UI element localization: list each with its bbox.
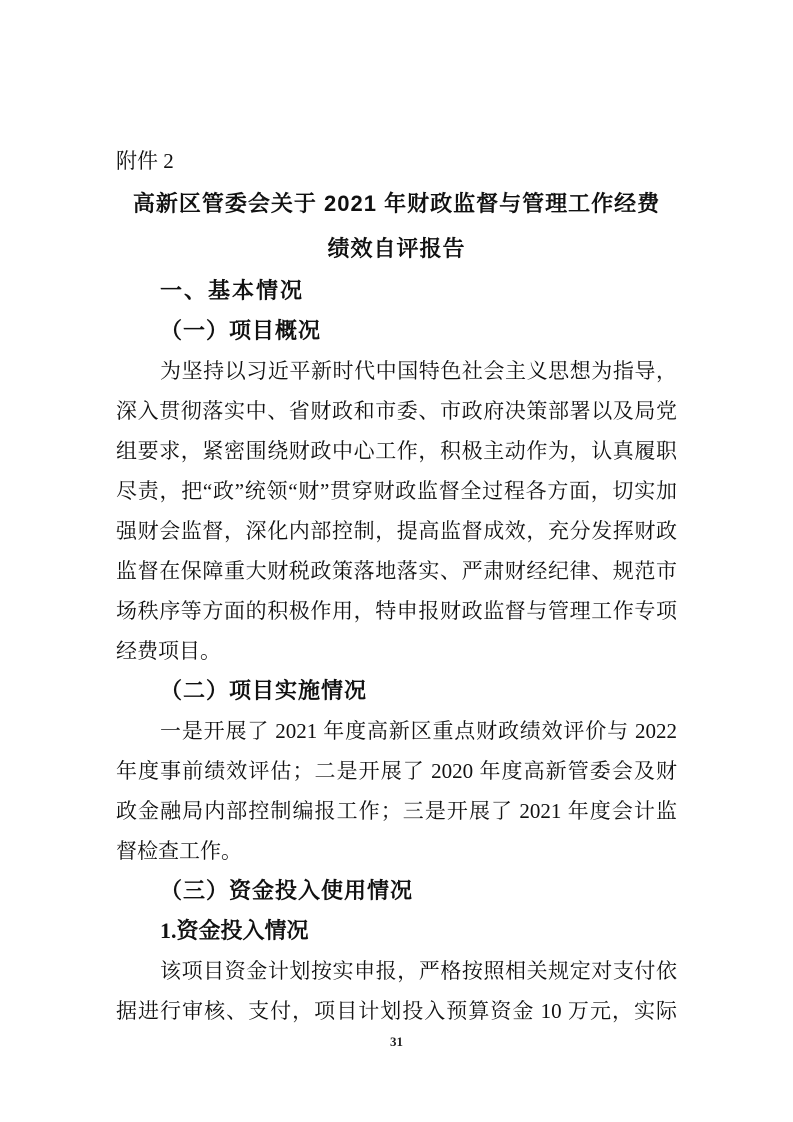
paragraph-line: 政金融局内部控制编报工作；三是开展了 2021 年度会计监 bbox=[116, 791, 677, 831]
paragraph-line: 尽责，把“政”统领“财”贯穿财政监督全过程各方面，切实加 bbox=[116, 471, 677, 511]
page-number: 31 bbox=[0, 1034, 793, 1050]
paragraph-line: 深入贯彻落实中、省财政和市委、市政府决策部署以及局党 bbox=[116, 391, 677, 431]
document-title-line1: 高新区管委会关于 2021 年财政监督与管理工作经费 bbox=[116, 181, 677, 226]
paragraph-line: 为坚持以习近平新时代中国特色社会主义思想为指导， bbox=[116, 351, 677, 391]
paragraph-line: 强财会监督，深化内部控制，提高监督成效，充分发挥财政 bbox=[116, 511, 677, 551]
paragraph-line: 督检查工作。 bbox=[116, 831, 677, 871]
paragraph-line: 组要求，紧密围绕财政中心工作，积极主动作为，认真履职 bbox=[116, 431, 677, 471]
subsection-heading-funds-usage: （三）资金投入使用情况 bbox=[116, 871, 677, 911]
paragraph-line: 场秩序等方面的积极作用，特申报财政监督与管理工作专项 bbox=[116, 591, 677, 631]
section-heading-basic-situation: 一、基本情况 bbox=[116, 271, 677, 311]
paragraph-line: 该项目资金计划按实申报，严格按照相关规定对支付依 bbox=[116, 951, 677, 991]
document-content: 附件 2 高新区管委会关于 2021 年财政监督与管理工作经费 绩效自评报告 一… bbox=[116, 141, 677, 1031]
paragraph-line: 年度事前绩效评估；二是开展了 2020 年度高新管委会及财 bbox=[116, 751, 677, 791]
document-title-line2: 绩效自评报告 bbox=[116, 226, 677, 271]
paragraph-line: 监督在保障重大财税政策落地落实、严肃财经纪律、规范市 bbox=[116, 551, 677, 591]
subsection-heading-project-overview: （一）项目概况 bbox=[116, 311, 677, 351]
subsection-heading-project-implementation: （二）项目实施情况 bbox=[116, 671, 677, 711]
paragraph-line: 据进行审核、支付，项目计划投入预算资金 10 万元，实际 bbox=[116, 991, 677, 1031]
sub-subsection-heading-funds-input: 1.资金投入情况 bbox=[116, 911, 677, 951]
attachment-label: 附件 2 bbox=[116, 141, 677, 181]
document-page: 附件 2 高新区管委会关于 2021 年财政监督与管理工作经费 绩效自评报告 一… bbox=[0, 0, 793, 1122]
paragraph-line: 一是开展了 2021 年度高新区重点财政绩效评价与 2022 bbox=[116, 711, 677, 751]
paragraph-line: 经费项目。 bbox=[116, 631, 677, 671]
